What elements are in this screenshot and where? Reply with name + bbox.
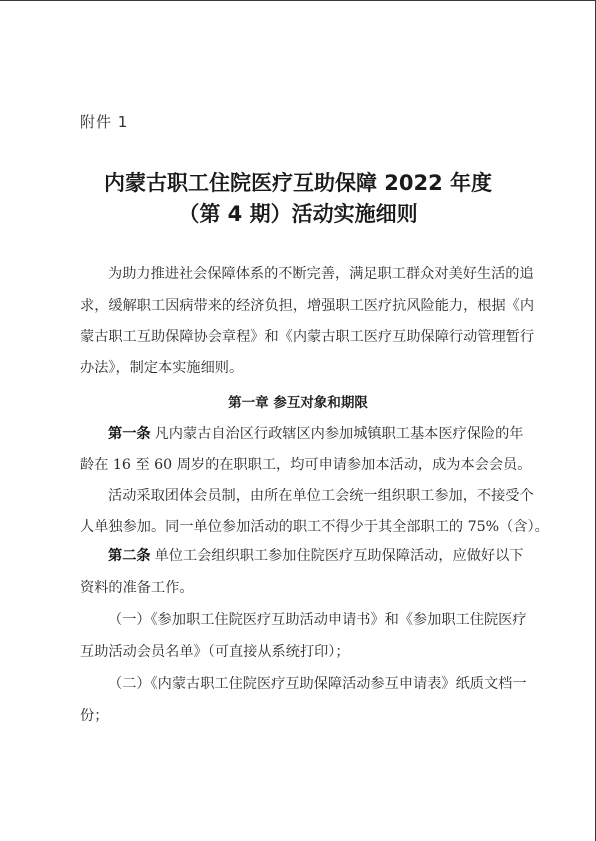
item-2-line-2: 份； <box>80 706 520 726</box>
intro-line-1: 为助力推进社会保障体系的不断完善，满足职工群众对美好生活的追 <box>108 264 520 284</box>
paragraph-2-line-1: 活动采取团体会员制，由所在单位工会统一组织职工参加，不接受个 <box>108 486 520 506</box>
chapter-heading: 第一章 参互对象和期限 <box>0 393 596 413</box>
article-1-line-1: 第一条凡内蒙古自治区行政辖区内参加城镇职工基本医疗保险的年 <box>108 424 520 444</box>
article-1-text-1: 凡内蒙古自治区行政辖区内参加城镇职工基本医疗保险的年 <box>155 426 524 442</box>
article-1-label: 第一条 <box>108 426 151 442</box>
item-1-line-2: 互助活动会员名单》（可直接从系统打印）； <box>80 642 520 662</box>
paragraph-2-line-2: 人单独参加。同一单位参加活动的职工不得少于其全部职工的 75%（含）。 <box>80 517 520 537</box>
item-1-line-1: （一）《参加职工住院医疗互助活动申请书》和《参加职工住院医疗 <box>108 610 520 630</box>
article-1-line-2: 龄在 16 至 60 周岁的在职职工，均可申请参加本活动，成为本会会员。 <box>80 455 520 475</box>
document-page: 附件 1 内蒙古职工住院医疗互助保障 2022 年度 （第 4 期）活动实施细则… <box>0 0 596 841</box>
article-2-line-1: 第二条单位工会组织职工参加住院医疗互助保障活动，应做好以下 <box>108 546 520 566</box>
article-2-text-1: 单位工会组织职工参加住院医疗互助保障活动，应做好以下 <box>155 548 524 564</box>
article-2-line-2: 资料的准备工作。 <box>80 578 520 598</box>
item-2-line-1: （二）《内蒙古职工住院医疗互助保障活动参互申请表》纸质文档一 <box>108 674 520 694</box>
article-2-label: 第二条 <box>108 548 151 564</box>
document-title-line-2: （第 4 期）活动实施细则 <box>0 199 596 229</box>
attachment-label: 附件 1 <box>80 111 128 132</box>
document-title-line-1: 内蒙古职工住院医疗互助保障 2022 年度 <box>0 168 596 198</box>
intro-line-3: 蒙古职工互助保障协会章程》和《内蒙古职工医疗互助保障行动管理暂行 <box>80 327 520 347</box>
intro-line-2: 求，缓解职工因病带来的经济负担，增强职工医疗抗风险能力，根据《内 <box>80 296 520 316</box>
intro-line-4: 办法》，制定本实施细则。 <box>80 358 520 378</box>
